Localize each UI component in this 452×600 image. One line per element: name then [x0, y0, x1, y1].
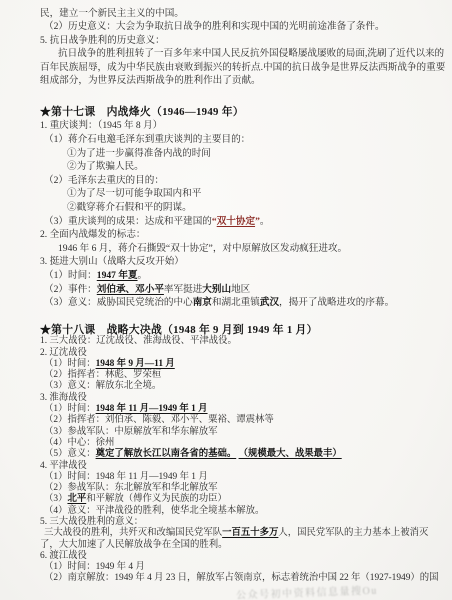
- text-segment: （4）中心：徐州: [44, 438, 114, 448]
- lesson-18-heading: ★第十八课 战略大决战（1948 年 9 月到 1949 年 1 月）: [40, 324, 444, 337]
- lesson-17-heading: ★第十七课 内战烽火（1946—1949 年）: [40, 105, 444, 119]
- text-line: （2）事件：刘伯承、邓小平率军挺进大别山地区: [44, 283, 444, 297]
- text-segment: （1）时间：: [44, 404, 96, 414]
- text-line: 民，建立一个新民主主义的中国。: [40, 7, 444, 20]
- text-line: 组成部分，为世界反法西斯战争的胜利作出了贡献。: [40, 74, 444, 87]
- text-segment: 1. 重庆谈判：（1945 年 8 月）: [40, 120, 162, 131]
- text-line: （5）意义：奠定了解放长江以南各省的基础。 （规模最大、战果最丰）: [44, 449, 444, 460]
- text-line: 三大战役的胜利，共歼灭和改编国民党军队一百五十多万人，国民党军队的主力基本上被消…: [44, 528, 444, 539]
- text-segment: （2）历史意义：大会为争取抗日战争的胜利和实现中国的光明前途准备了条件。: [44, 21, 385, 32]
- text-line: （3）参战军队：中原解放军和华东解放军: [44, 427, 444, 438]
- lesson-18: ★第十八课 战略大决战（1948 年 9 月到 1949 年 1 月）1. 三大…: [40, 324, 444, 585]
- text-line: （2）指挥者：林彪、罗荣桓: [44, 370, 444, 381]
- text-line: （2）毛泽东去重庆的目的：: [44, 174, 444, 188]
- text-line: 了，大大加速了人民解放战争在全国的胜利。: [40, 540, 444, 551]
- text-line: 1. 三大战役：辽沈战役、淮海战役、平津战役。: [40, 336, 444, 347]
- text-segment: 6. 渡江战役: [40, 551, 87, 561]
- text-line: 4. 平津战役: [40, 461, 444, 472]
- text-line: 1946 年 6 月，蒋介石撕毁“双十协定”，对中原解放区发动疯狂进攻。: [58, 242, 444, 256]
- text-line: 1. 重庆谈判：（1945 年 8 月）: [40, 119, 444, 133]
- text-segment: ②为了欺骗人民。: [67, 161, 144, 172]
- text-line: 3. 淮海战役: [40, 393, 444, 404]
- text-line: （1）时间：1948 年 9 月—11 月: [44, 359, 444, 370]
- lesson-17: ★第十七课 内战烽火（1946—1949 年）1. 重庆谈判：（1945 年 8…: [40, 105, 444, 309]
- text-line: （2）历史意义：大会为争取抗日战争的胜利和实现中国的光明前途准备了条件。: [44, 20, 444, 33]
- text-segment: 3. 淮海战役: [40, 393, 87, 403]
- text-segment: 奠定了解放长江以南各省的基础。: [96, 449, 237, 459]
- text-segment: （3）重庆谈判的成果：达成和平建国的: [44, 216, 212, 227]
- text-segment: 。: [260, 216, 270, 227]
- text-segment: 2. 辽沈战役: [40, 348, 87, 358]
- text-line: （3）意义：威胁国民党统治的中心南京和湖北重镇武汉，揭开了战略进攻的序幕。: [44, 296, 444, 310]
- text-line: （2）参战军队：东北解放军和华北解放军: [44, 483, 444, 494]
- document-page: 民，建立一个新民主主义的中国。（2）历史意义：大会为争取抗日战争的胜利和实现中国…: [0, 0, 452, 600]
- text-segment: （3）意义：解放东北全境。: [44, 381, 161, 391]
- text-segment: 。: [138, 270, 148, 281]
- text-segment: 1. 三大战役：辽沈战役、淮海战役、平津战役。: [40, 336, 237, 346]
- text-segment: （1）时间：: [44, 270, 97, 281]
- text-line: 2. 辽沈战役: [40, 348, 444, 359]
- text-segment: 一百五十多万: [222, 528, 278, 538]
- text-segment: ①为了进一步赢得准备内战的时间: [67, 148, 211, 159]
- text-segment: （1）时间：1949 年 4 月: [44, 562, 145, 572]
- text-line: （1）时间：1948 年 11 月—1949 年 1 月: [44, 404, 444, 415]
- text-segment: （1）蒋介石电邀毛泽东到重庆谈判的主要目的：: [44, 134, 250, 145]
- text-segment: 三大战役的胜利，共歼灭和改编国民党军队: [44, 528, 222, 538]
- text-line: （3）重庆谈判的成果：达成和平建国的“双十协定”。: [44, 215, 444, 229]
- text-segment: 3. 挺进大别山（战略大反攻开始）: [40, 256, 184, 267]
- document-content: 民，建立一个新民主主义的中国。（2）历史意义：大会为争取抗日战争的胜利和实现中国…: [40, 7, 444, 585]
- text-segment: （2）指挥者：刘伯承、陈毅、邓小平、粟裕、谭震林等: [44, 415, 274, 425]
- text-segment: （1）时间：1948 年 11 月—1949 年 1 月: [44, 472, 208, 482]
- text-segment: 组成部分，为世界反法西斯战争的胜利作出了贡献。: [40, 75, 261, 86]
- text-line: （4）意义：平津战役的胜利，使华北全境基本解放。: [44, 506, 444, 517]
- text-segment: 和湖北重镇: [212, 297, 260, 308]
- text-segment: 百年民族屈辱，成为中华民族由衰败到振兴的转折点.中国的抗日战争是世界反法西斯战争…: [40, 62, 445, 73]
- text-line: 抗日战争的胜利扭转了一百多年来中国人民反抗外国侵略屡战屡败的局面,洗刷了近代以来…: [58, 47, 444, 60]
- text-segment: （2）参战军队：东北解放军和华北解放军: [44, 483, 217, 493]
- text-line: ②为了欺骗人民。: [67, 160, 444, 174]
- text-segment: ，揭开了战略进攻的序幕。: [279, 297, 394, 308]
- text-segment: 率军挺进: [164, 284, 202, 295]
- text-segment: 5. 三大战役胜利的意义：: [40, 517, 143, 527]
- text-segment: 地区: [231, 284, 250, 295]
- previous-lesson-tail: 民，建立一个新民主主义的中国。（2）历史意义：大会为争取抗日战争的胜利和实现中国…: [40, 7, 444, 87]
- text-segment: 1946 年 6 月，蒋介石撕毁“双十协定”，对中原解放区发动疯狂进攻。: [58, 243, 347, 254]
- text-segment: （2）指挥者：林彪、罗荣桓: [44, 370, 161, 380]
- text-line: （3）意义：解放东北全境。: [44, 381, 444, 392]
- text-segment: 1948 年 11 月—1949 年 1 月: [96, 404, 208, 414]
- text-segment: ②戳穿蒋介石假和平的阴谋。: [67, 202, 192, 213]
- text-line: ①为了尽一切可能争取国内和平: [67, 187, 444, 201]
- text-line: 百年民族屈辱，成为中华民族由衰败到振兴的转折点.中国的抗日战争是世界反法西斯战争…: [40, 61, 444, 74]
- text-segment: 1947 年夏: [97, 270, 138, 281]
- text-line: （4）中心：徐州: [44, 438, 444, 449]
- text-line: （1）时间：1947 年夏。: [44, 269, 444, 283]
- text-line: ①为了进一步赢得准备内战的时间: [67, 147, 444, 161]
- text-segment: 4. 平津战役: [40, 461, 87, 471]
- text-segment: （3）参战军队：中原解放军和华东解放军: [44, 427, 217, 437]
- text-line: （1）时间：1948 年 11 月—1949 年 1 月: [44, 472, 444, 483]
- text-segment: （5）意义：: [44, 449, 96, 459]
- text-segment: 和平解放（傅作义为民族的功臣）: [86, 494, 227, 504]
- text-segment: 双十协定: [217, 216, 255, 227]
- text-line: （1）时间：1949 年 4 月: [44, 562, 444, 573]
- text-segment: 人，国民党军队的主力基本上被消灭: [278, 528, 428, 538]
- text-segment: 刘伯承、邓小平: [97, 284, 164, 295]
- text-line: （1）蒋介石电邀毛泽东到重庆谈判的主要目的：: [44, 133, 444, 147]
- text-segment: 2. 全面内战爆发的标志：: [40, 229, 146, 240]
- text-line: ②戳穿蒋介石假和平的阴谋。: [67, 201, 444, 215]
- text-segment: （1）时间：: [44, 359, 96, 369]
- text-line: 5. 抗日战争胜利的历史意义：: [40, 34, 444, 47]
- text-segment: 民，建立一个新民主主义的中国。: [40, 8, 184, 19]
- text-segment: （4）意义：平津战役的胜利，使华北全境基本解放。: [44, 506, 264, 516]
- text-segment: 武汉: [260, 297, 279, 308]
- text-segment: （3）: [44, 494, 67, 504]
- text-line: 5. 三大战役胜利的意义：: [40, 517, 444, 528]
- text-segment: （3）意义：威胁国民党统治的中心: [44, 297, 193, 308]
- text-segment: （规模最大、战果最丰）: [239, 449, 342, 459]
- text-segment: 北平: [67, 494, 86, 504]
- text-segment: ①为了尽一切可能争取国内和平: [67, 188, 201, 199]
- text-segment: （2）毛泽东去重庆的目的：: [44, 175, 164, 186]
- text-segment: 大别山: [202, 284, 231, 295]
- text-line: （3）北平和平解放（傅作义为民族的功臣）: [44, 494, 444, 505]
- text-segment: 抗日战争的胜利扭转了一百多年来中国人民反抗外国侵略屡战屡败的局面,洗刷了近代以来…: [58, 48, 444, 59]
- text-segment: （2）事件：: [44, 284, 97, 295]
- text-segment: 5. 抗日战争胜利的历史意义：: [40, 35, 165, 46]
- text-line: 6. 渡江战役: [40, 551, 444, 562]
- text-segment: 了，大大加速了人民解放战争在全国的胜利。: [40, 540, 228, 550]
- text-segment: 1948 年 9 月—11 月: [96, 359, 175, 369]
- text-segment: 南京: [193, 297, 212, 308]
- text-line: 3. 挺进大别山（战略大反攻开始）: [40, 255, 444, 269]
- text-line: 2. 全面内战爆发的标志：: [40, 228, 444, 242]
- text-line: （2）指挥者：刘伯承、陈毅、邓小平、粟裕、谭震林等: [44, 415, 444, 426]
